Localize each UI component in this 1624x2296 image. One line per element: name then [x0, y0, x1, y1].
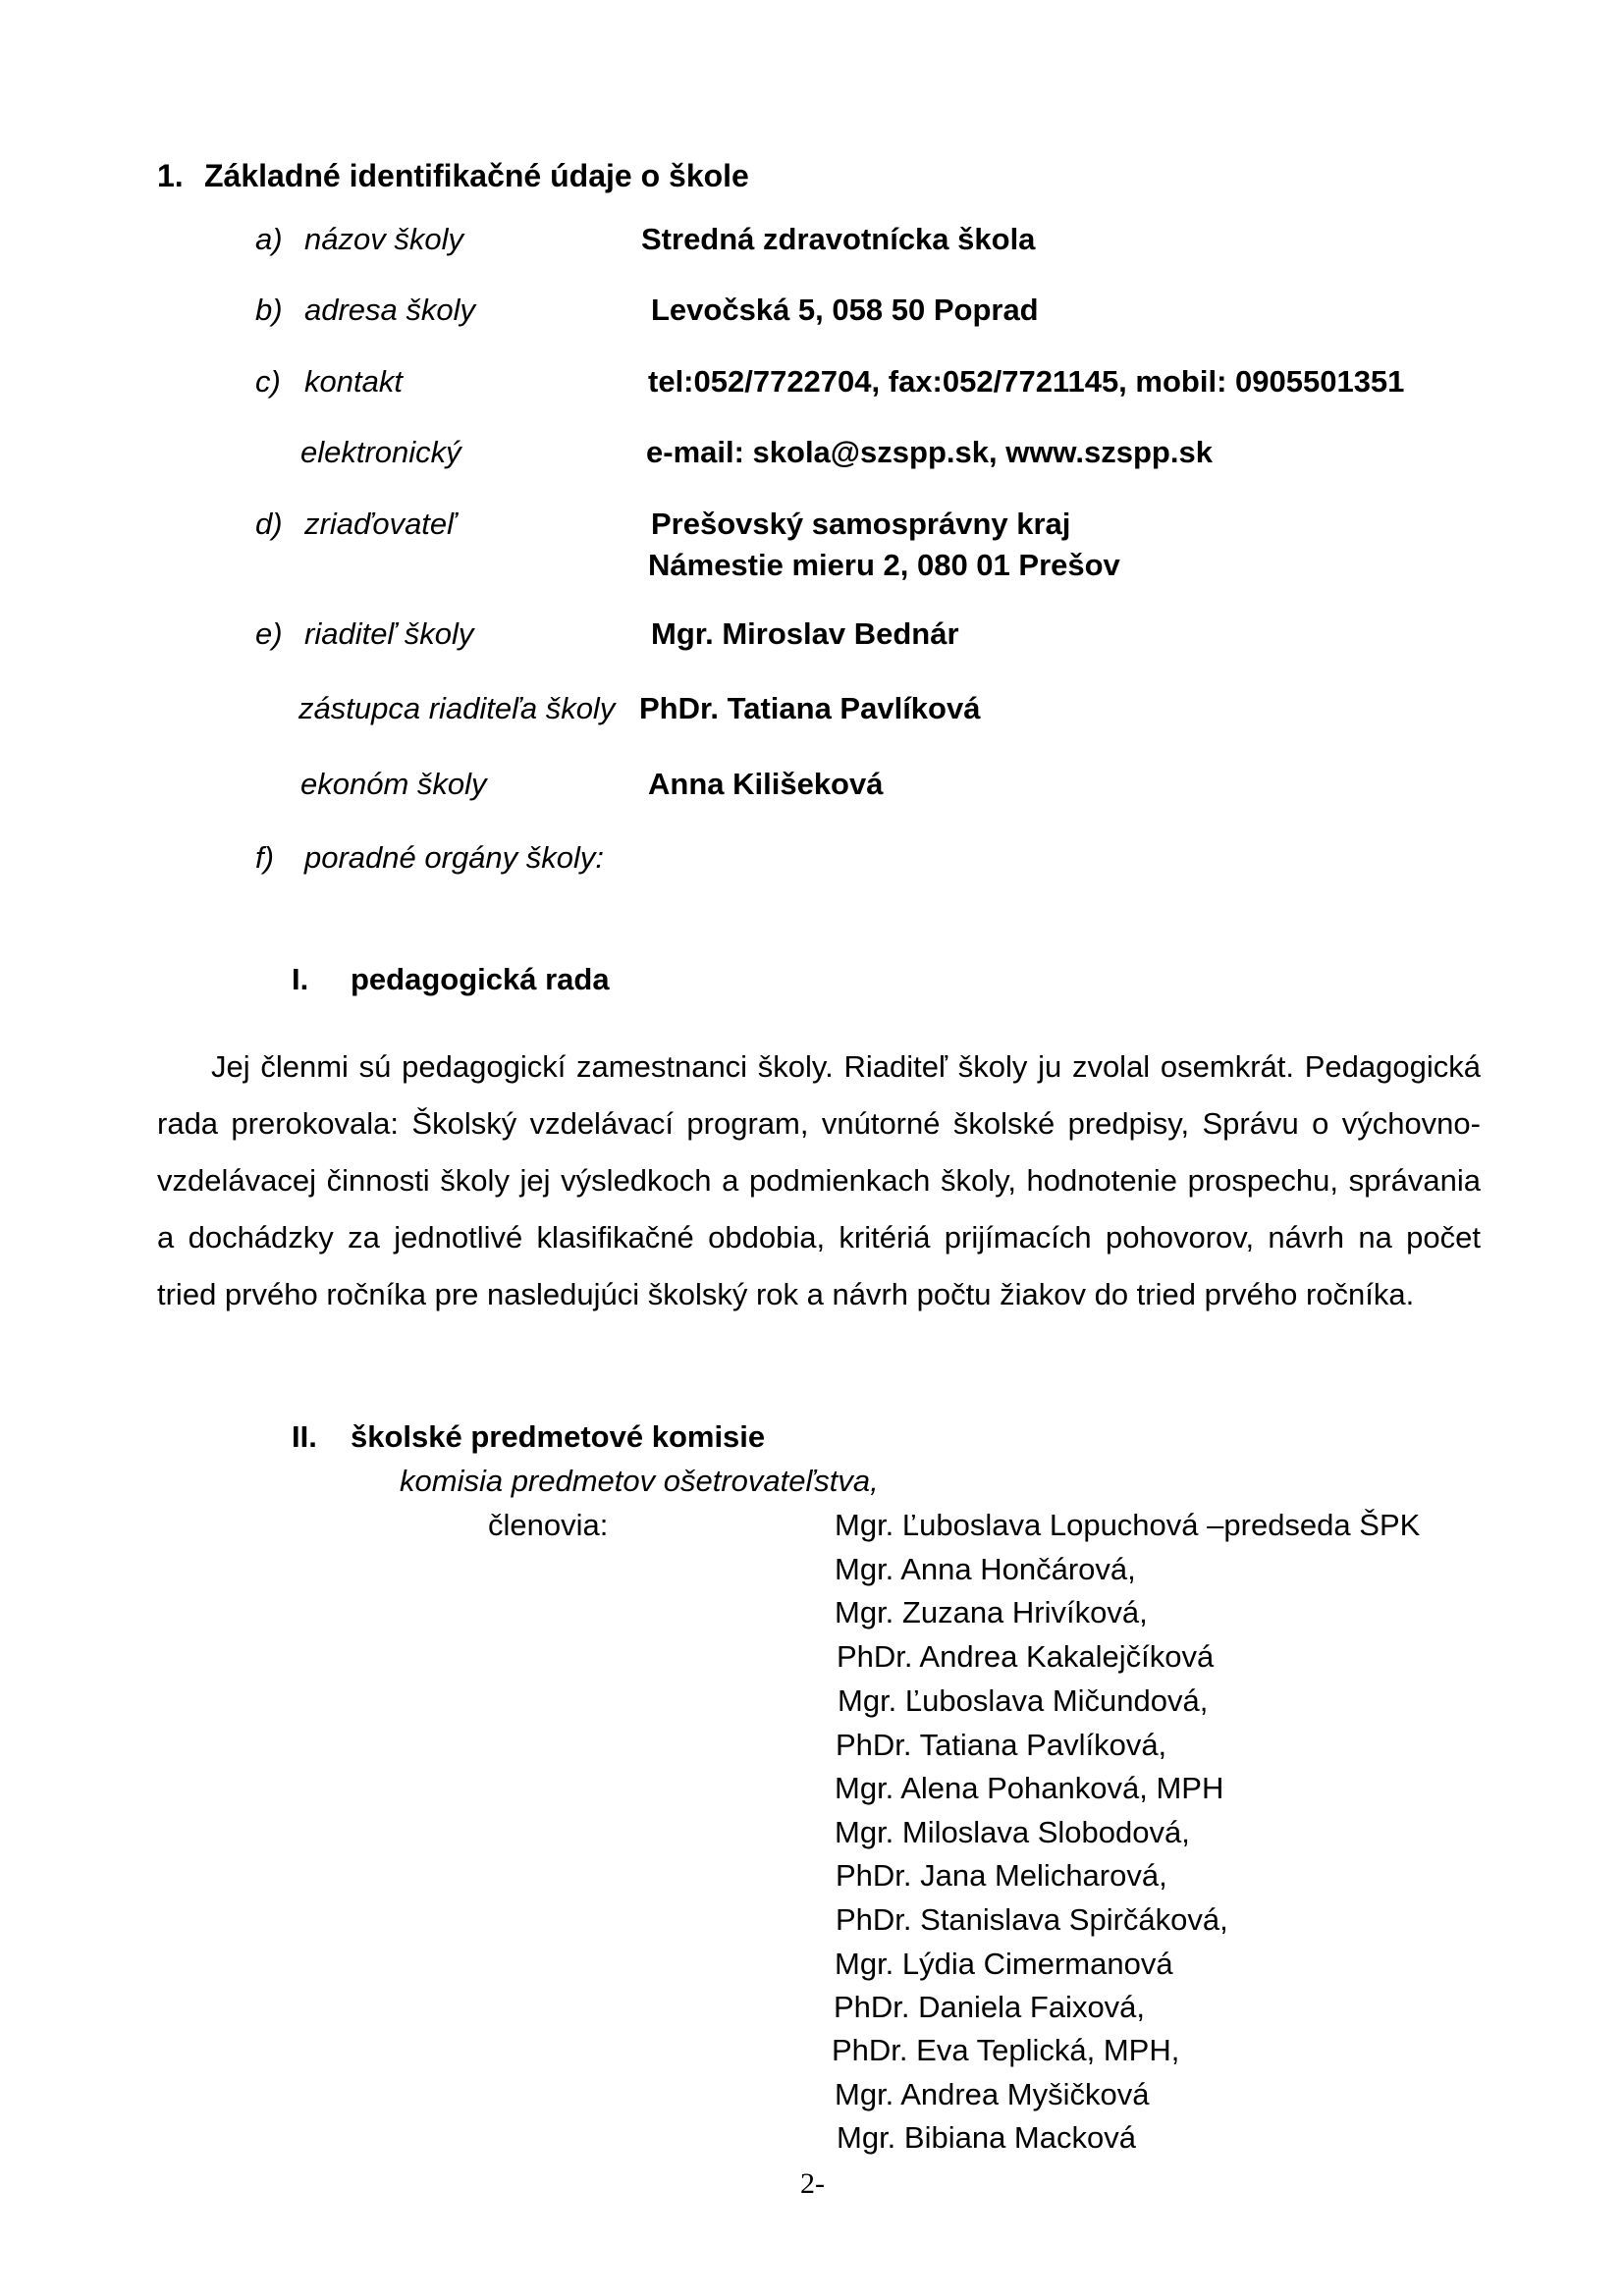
section-title: Základné identifikačné údaje o škole [204, 160, 749, 191]
list-item: PhDr. Tatiana Pavlíková, [836, 1730, 1166, 1760]
list-item: Mgr. Miloslava Slobodová, [835, 1817, 1190, 1847]
item-label-school-name: názov školy [304, 224, 463, 254]
section-number: 1. [157, 160, 184, 191]
item-value-economist: Anna Kilišeková [648, 769, 883, 799]
item-marker-d: d) [255, 508, 283, 539]
list-item: PhDr. Eva Teplická, MPH, [832, 2035, 1179, 2065]
item-value-school-name: Stredná zdravotnícka škola [641, 224, 1035, 254]
item-marker-b: b) [255, 294, 283, 325]
item-value-deputy: PhDr. Tatiana Pavlíková [639, 693, 980, 723]
commission-name: komisia predmetov ošetrovateľstva, [400, 1466, 879, 1496]
list-item: Mgr. Zuzana Hrivíková, [835, 1597, 1148, 1628]
item-marker-e: e) [255, 618, 283, 649]
item-label-economist: ekonóm školy [300, 769, 487, 799]
list-item: PhDr. Daniela Faixová, [834, 1992, 1145, 2022]
list-item: Mgr. Andrea Myšičková [835, 2079, 1149, 2109]
item-value-address: Levočská 5, 058 50 Poprad [651, 294, 1039, 325]
list-item: PhDr. Jana Melicharová, [836, 1860, 1167, 1891]
subsection-title-2: školské predmetové komisie [351, 1421, 765, 1452]
pedagogical-council-paragraph: Jej členmi sú pedagogickí zamestnanci šk… [157, 1039, 1481, 1323]
item-marker-f: f) [255, 842, 274, 873]
item-label-contact: kontakt [304, 366, 403, 397]
item-value-founder: Prešovský samosprávny kraj [651, 508, 1070, 539]
paragraph-text: Jej členmi sú pedagogickí zamestnanci šk… [157, 1049, 1481, 1311]
list-item: Mgr. Bibiana Macková [837, 2122, 1136, 2153]
item-label-electronic: elektronický [300, 437, 461, 467]
list-item: Mgr. Alena Pohanková, MPH [835, 1773, 1223, 1803]
list-item: PhDr. Stanislava Spirčáková, [836, 1904, 1228, 1935]
item-marker-a: a) [255, 224, 283, 254]
item-value-director: Mgr. Miroslav Bednár [651, 618, 959, 649]
item-value-contact: tel:052/7722704, fax:052/7721145, mobil:… [648, 366, 1404, 397]
item-value-founder-address: Námestie mieru 2, 080 01 Prešov [648, 550, 1120, 580]
item-label-deputy: zástupca riaditeľa školy [298, 693, 615, 723]
list-item: Mgr. Ľuboslava Mičundová, [838, 1685, 1208, 1716]
subsection-number-1: I. [292, 964, 308, 994]
list-item: PhDr. Andrea Kakalejčíková [837, 1641, 1214, 1672]
list-item: Mgr. Ľuboslava Lopuchová –predseda ŠPK [835, 1510, 1420, 1540]
list-item: Mgr. Lýdia Cimermanová [835, 1949, 1173, 1979]
item-label-founder: zriaďovateľ [304, 508, 456, 539]
subsection-title-1: pedagogická rada [351, 964, 610, 994]
item-value-electronic: e-mail: skola@szspp.sk, www.szspp.sk [646, 437, 1213, 467]
members-label: členovia: [488, 1510, 608, 1540]
item-label-address: adresa školy [304, 294, 475, 325]
list-item: Mgr. Anna Hončárová, [835, 1554, 1136, 1584]
subsection-number-2: II. [292, 1421, 317, 1452]
page-number: 2- [800, 2169, 825, 2199]
item-label-advisory-bodies: poradné orgány školy: [304, 842, 604, 873]
item-label-director: riaditeľ školy [304, 618, 473, 649]
item-marker-c: c) [255, 366, 281, 397]
